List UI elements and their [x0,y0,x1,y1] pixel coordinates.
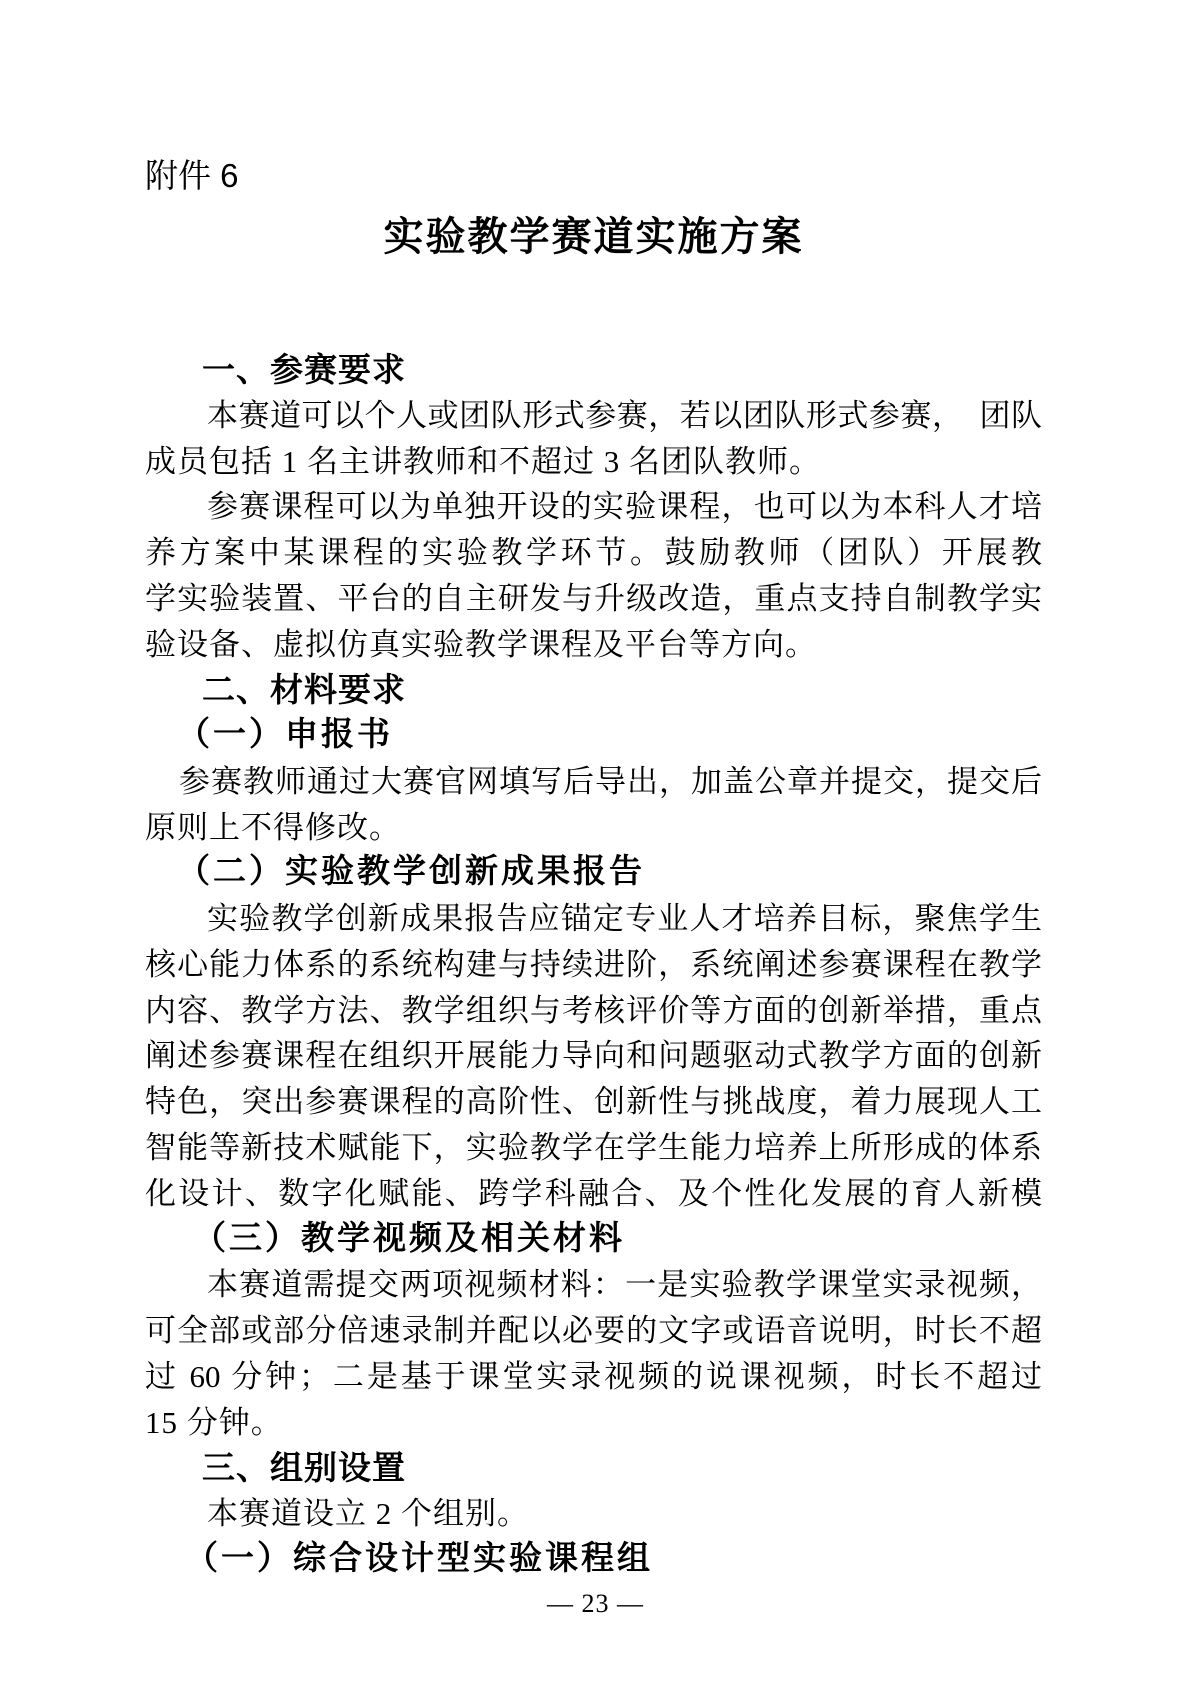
body-text-line: 本赛道设立 2 个组别。 [145,1491,1042,1537]
subsection-heading: （一）申报书 [145,713,1042,759]
subsection-heading: （二）实验教学创新成果报告 [145,850,1042,896]
body-text-line: 过 60 分钟；二是基于课堂实录视频的说课视频，时长不超过 [145,1354,1042,1400]
body-text-line: 验设备、虚拟仿真实验教学课程及平台等方向。 [145,622,1042,668]
body-text-line: 化设计、数字化赋能、跨学科融合、及个性化发展的育人新模式。 [145,1171,1042,1217]
body-text-line: 智能等新技术赋能下，实验教学在学生能力培养上所形成的体系 [145,1125,1042,1171]
body-text-line: 本赛道需提交两项视频材料：一是实验教学课堂实录视频， [145,1262,1042,1308]
body-text-line: 实验教学创新成果报告应锚定专业人才培养目标，聚焦学生 [145,896,1042,942]
subsection-heading: （一）综合设计型实验课程组 [145,1537,1042,1583]
attachment-label: 附件 6 [145,156,239,196]
body-text-line: 参赛课程可以为单独开设的实验课程，也可以为本科人才培 [145,484,1042,530]
body-text-line: 特色，突出参赛课程的高阶性、创新性与挑战度，着力展现人工 [145,1079,1042,1125]
subsection-heading: （三）教学视频及相关材料 [145,1217,1042,1263]
body-text-line: 15 分钟。 [145,1400,1042,1446]
body-text-line: 原则上不得修改。 [145,805,1042,851]
body-text-line: 学实验装置、平台的自主研发与升级改造，重点支持自制教学实 [145,576,1042,622]
document-body: 一、参赛要求本赛道可以个人或团队形式参赛，若以团队形式参赛， 团队成员包括 1 … [145,347,1042,1583]
body-text-line: 核心能力体系的系统构建与持续进阶，系统阐述参赛课程在教学 [145,942,1042,988]
body-text-line: 养方案中某课程的实验教学环节。鼓励教师（团队）开展教 [145,530,1042,576]
section-heading: 三、组别设置 [145,1445,1042,1491]
body-text-line: 阐述参赛课程在组织开展能力导向和问题驱动式教学方面的创新 [145,1033,1042,1079]
section-heading: 一、参赛要求 [145,347,1042,393]
body-text-line: 可全部或部分倍速录制并配以必要的文字或语音说明，时长不超 [145,1308,1042,1354]
body-text-line: 成员包括 1 名主讲教师和不超过 3 名团队教师。 [145,439,1042,485]
body-text-line: 参赛教师通过大赛官网填写后导出，加盖公章并提交，提交后 [145,759,1042,805]
body-text-line: 本赛道可以个人或团队形式参赛，若以团队形式参赛， 团队 [145,393,1042,439]
page-number: — 23 — [0,1588,1191,1620]
document-title: 实验教学赛道实施方案 [145,212,1042,262]
section-heading: 二、材料要求 [145,667,1042,713]
document-page: 附件 6 实验教学赛道实施方案 一、参赛要求本赛道可以个人或团队形式参赛，若以团… [0,0,1191,1684]
body-text-line: 内容、教学方法、教学组织与考核评价等方面的创新举措，重点 [145,988,1042,1034]
